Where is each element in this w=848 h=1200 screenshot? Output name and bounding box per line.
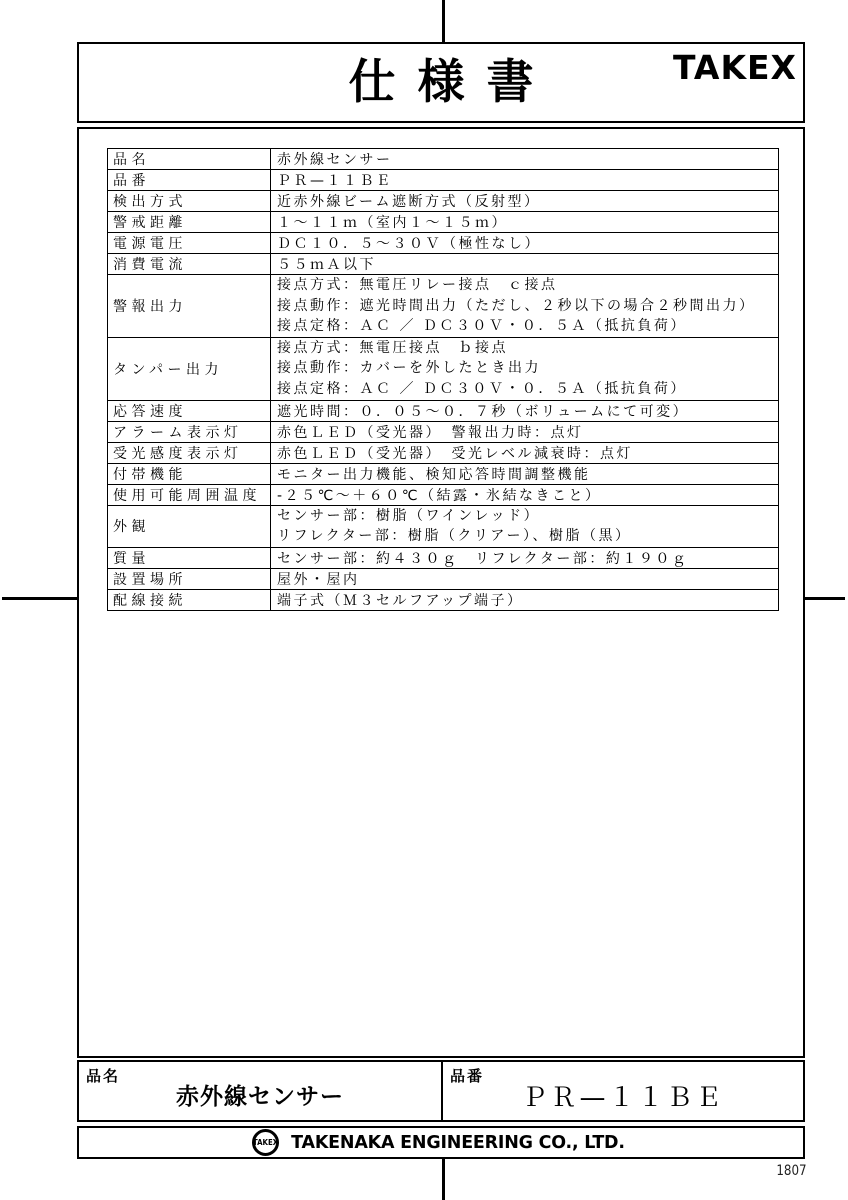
table-row: 品名 赤外線センサー xyxy=(108,149,779,170)
row-label: 付帯機能 xyxy=(108,463,271,484)
row-label: 消費電流 xyxy=(108,254,271,275)
row-value: 近赤外線ビーム遮断方式（反射型） xyxy=(271,191,779,212)
row-value: モニター出力機能、検知応答時間調整機能 xyxy=(271,463,779,484)
row-label: 警報出力 xyxy=(108,275,271,338)
row-label: 外観 xyxy=(108,505,271,547)
table-row: 応答速度 遮光時間：０．０５～０．７秒（ボリュームにて可変） xyxy=(108,400,779,421)
page-title: 仕様書 xyxy=(327,59,556,106)
registration-mark-left xyxy=(2,597,77,600)
value-line: リフレクター部：樹脂（クリアー）、樹脂（黒） xyxy=(277,526,778,547)
table-row: 使用可能周囲温度 -２５℃～＋６０℃（結露・氷結なきこと） xyxy=(108,484,779,505)
row-value: 赤色ＬＥＤ（受光器） 警報出力時：点灯 xyxy=(271,421,779,442)
table-row: 受光感度表示灯 赤色ＬＥＤ（受光器） 受光レベル減衰時：点灯 xyxy=(108,442,779,463)
row-label: 警戒距離 xyxy=(108,212,271,233)
content-area: 品名 赤外線センサー 品番 ＰＲ—１１ＢＥ 検出方式 近赤外線ビーム遮断方式（反… xyxy=(77,127,805,1058)
row-value: 端子式（Ｍ３セルフアップ端子） xyxy=(271,589,779,610)
takex-circle-logo-icon: TAKEX xyxy=(252,1129,279,1156)
company-name: TAKENAKA ENGINEERING CO., LTD. xyxy=(291,1132,625,1153)
row-label: 電源電圧 xyxy=(108,233,271,254)
row-value: 接点方式：無電圧リレー接点 ｃ接点 接点動作：遮光時間出力（ただし、２秒以下の場… xyxy=(271,275,779,338)
row-value: ５５ｍＡ以下 xyxy=(271,254,779,275)
product-block: 品名 赤外線センサー 品番 ＰＲ—１１ＢＥ xyxy=(77,1060,805,1122)
table-row: 警戒距離 １～１１ｍ（室内１～１５ｍ） xyxy=(108,212,779,233)
row-value: ＤＣ１０．５～３０Ｖ（極性なし） xyxy=(271,233,779,254)
row-label: 応答速度 xyxy=(108,400,271,421)
table-row: 品番 ＰＲ—１１ＢＥ xyxy=(108,170,779,191)
table-row: 質量 センサー部：約４３０ｇ リフレクター部：約１９０ｇ xyxy=(108,547,779,568)
takex-circle-logo-text: TAKEX xyxy=(253,1138,278,1147)
table-row: 設置場所 屋外・屋内 xyxy=(108,568,779,589)
doc-number: 1807 xyxy=(777,1163,807,1179)
row-label: 品名 xyxy=(108,149,271,170)
table-row: 付帯機能 モニター出力機能、検知応答時間調整機能 xyxy=(108,463,779,484)
value-line: 接点定格：ＡＣ ／ ＤＣ３０Ｖ・０．５Ａ（抵抗負荷） xyxy=(277,379,778,400)
row-label: 配線接続 xyxy=(108,589,271,610)
table-row: 配線接続 端子式（Ｍ３セルフアップ端子） xyxy=(108,589,779,610)
row-label: タンパー出力 xyxy=(108,337,271,400)
value-line: センサー部：樹脂（ワインレッド） xyxy=(277,506,778,527)
product-model: ＰＲ—１１ＢＥ xyxy=(443,1077,803,1114)
table-row: アラーム表示灯 赤色ＬＥＤ（受光器） 警報出力時：点灯 xyxy=(108,421,779,442)
company-band: TAKEX TAKENAKA ENGINEERING CO., LTD. xyxy=(77,1126,805,1159)
row-value: 屋外・屋内 xyxy=(271,568,779,589)
row-label: 受光感度表示灯 xyxy=(108,442,271,463)
row-value: １～１１ｍ（室内１～１５ｍ） xyxy=(271,212,779,233)
table-row: タンパー出力 接点方式：無電圧接点 ｂ接点 接点動作：カバーを外したとき出力 接… xyxy=(108,337,779,400)
table-row: 外観 センサー部：樹脂（ワインレッド） リフレクター部：樹脂（クリアー）、樹脂（… xyxy=(108,505,779,547)
title-band: 仕様書 TAKEX xyxy=(77,42,805,123)
row-label: アラーム表示灯 xyxy=(108,421,271,442)
value-line: 接点定格：ＡＣ ／ ＤＣ３０Ｖ・０．５Ａ（抵抗負荷） xyxy=(277,316,778,337)
row-value: 赤色ＬＥＤ（受光器） 受光レベル減衰時：点灯 xyxy=(271,442,779,463)
product-name: 赤外線センサー xyxy=(79,1078,441,1111)
row-label: 品番 xyxy=(108,170,271,191)
row-value: 接点方式：無電圧接点 ｂ接点 接点動作：カバーを外したとき出力 接点定格：ＡＣ … xyxy=(271,337,779,400)
spec-sheet: 仕様書 TAKEX 品名 赤外線センサー 品番 ＰＲ—１１ＢＥ 検出方式 近赤外… xyxy=(0,0,848,1200)
row-value: 赤外線センサー xyxy=(271,149,779,170)
product-model-cell: 品番 ＰＲ—１１ＢＥ xyxy=(443,1062,803,1120)
row-value: センサー部：約４３０ｇ リフレクター部：約１９０ｇ xyxy=(271,547,779,568)
row-value: ＰＲ—１１ＢＥ xyxy=(271,170,779,191)
registration-mark-right xyxy=(805,597,845,600)
row-label: 検出方式 xyxy=(108,191,271,212)
registration-mark-bottom xyxy=(442,1158,445,1200)
value-line: 接点動作：遮光時間出力（ただし、２秒以下の場合２秒間出力） xyxy=(277,296,778,317)
value-line: 接点方式：無電圧接点 ｂ接点 xyxy=(277,338,778,359)
row-label: 設置場所 xyxy=(108,568,271,589)
value-line: 接点方式：無電圧リレー接点 ｃ接点 xyxy=(277,275,778,296)
table-row: 警報出力 接点方式：無電圧リレー接点 ｃ接点 接点動作：遮光時間出力（ただし、２… xyxy=(108,275,779,338)
row-value: センサー部：樹脂（ワインレッド） リフレクター部：樹脂（クリアー）、樹脂（黒） xyxy=(271,505,779,547)
takex-logo: TAKEX xyxy=(673,51,797,84)
product-name-cell: 品名 赤外線センサー xyxy=(79,1062,443,1120)
row-label: 質量 xyxy=(108,547,271,568)
spec-table: 品名 赤外線センサー 品番 ＰＲ—１１ＢＥ 検出方式 近赤外線ビーム遮断方式（反… xyxy=(107,148,779,611)
table-row: 消費電流 ５５ｍＡ以下 xyxy=(108,254,779,275)
row-value: -２５℃～＋６０℃（結露・氷結なきこと） xyxy=(271,484,779,505)
registration-mark-top xyxy=(442,0,445,42)
table-row: 検出方式 近赤外線ビーム遮断方式（反射型） xyxy=(108,191,779,212)
row-label: 使用可能周囲温度 xyxy=(108,484,271,505)
table-row: 電源電圧 ＤＣ１０．５～３０Ｖ（極性なし） xyxy=(108,233,779,254)
value-line: 接点動作：カバーを外したとき出力 xyxy=(277,358,778,379)
row-value: 遮光時間：０．０５～０．７秒（ボリュームにて可変） xyxy=(271,400,779,421)
